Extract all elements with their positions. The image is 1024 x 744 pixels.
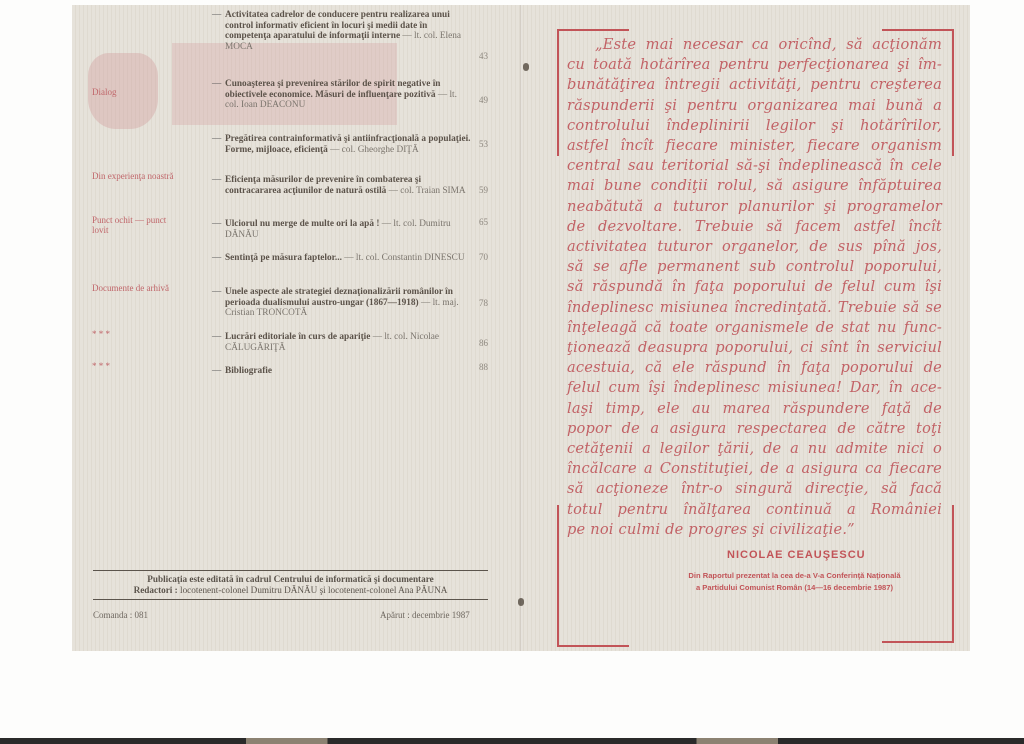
- section-label: Dialog: [92, 87, 182, 97]
- entry-dash: —: [212, 287, 221, 298]
- entry-text: Bibliografie: [225, 366, 472, 377]
- quote-line: controlului îndeplinirii legilor şi hotă…: [567, 116, 942, 136]
- entry-page-number: 65: [474, 217, 488, 227]
- entry-title: Lucrări editoriale în curs de apariţie: [225, 332, 370, 342]
- entry-page-number: 88: [474, 362, 488, 372]
- order-number: Comanda : 081: [93, 610, 148, 620]
- toc-entry: —Pregătirea contrainformativă şi antiinf…: [212, 134, 472, 155]
- quote-line: felul cum îşi îndeplinesc misiunea! Dar,…: [567, 378, 942, 398]
- quote-line: cetăţenii a legilor ţării, de a nu admit…: [567, 439, 942, 459]
- entry-dash: —: [212, 219, 221, 230]
- quote-line: să răspundă în faţa poporului de felul c…: [567, 277, 942, 297]
- quote-line: răspunderii şi pentru organizarea mai bu…: [567, 96, 942, 116]
- scanner-edge-strip: [0, 738, 1024, 744]
- toc-entry: —Bibliografie: [212, 366, 472, 377]
- quote-line: central sau teritorial să-şi îndeplineas…: [567, 156, 942, 176]
- entry-title: Ulciorul nu merge de multe ori la apă !: [225, 219, 379, 229]
- entry-page-number: 78: [474, 298, 488, 308]
- entry-text: Ulciorul nu merge de multe ori la apă ! …: [225, 219, 472, 240]
- entry-page-number: 49: [474, 95, 488, 105]
- entry-author: — lt. col. Constantin DINESCU: [344, 253, 464, 263]
- entry-page-number: 86: [474, 338, 488, 348]
- quote-line: înţeleagă că toate organismele de stat n…: [567, 318, 942, 338]
- magazine-spread: DialogDin experienţa noastrăPunct ochit …: [72, 5, 970, 651]
- entry-dash: —: [212, 134, 221, 145]
- quote-line: „Este mai necesar ca oricînd, să acţionă…: [567, 35, 942, 55]
- quote-line: totul pentru înălţarea continuă a Români…: [567, 500, 942, 520]
- quote-line: mai bune condiţii rolul, să asigure înfă…: [567, 176, 942, 196]
- toc-entry: —Ulciorul nu merge de multe ori la apă !…: [212, 219, 472, 240]
- entry-title: Unele aspecte ale strategiei deznaţional…: [225, 287, 453, 308]
- entry-text: Activitatea cadrelor de conducere pentru…: [225, 10, 472, 52]
- entry-title: Cunoaşterea şi prevenirea stărilor de sp…: [225, 79, 440, 100]
- entry-author: — col. Gheorghe DIŢĂ: [330, 145, 419, 155]
- editors-names: locotenent-colonel Dumitru DĂNĂU şi loco…: [180, 585, 447, 595]
- colophon-publisher: Publicaţia este editată în cadrul Centru…: [93, 574, 488, 585]
- entry-dash: —: [212, 366, 221, 377]
- toc-entry: —Eficienţa măsurilor de prevenire în com…: [212, 175, 472, 196]
- editors-label: Redactori :: [134, 585, 178, 595]
- source-line-2: a Partidului Comunist Român (14—16 decem…: [662, 582, 927, 594]
- quote-source: Din Raportul prezentat la cea de-a V-a C…: [662, 570, 927, 594]
- entry-dash: —: [212, 175, 221, 186]
- right-page-quote: „Este mai necesar ca oricînd, să acţionă…: [522, 5, 970, 651]
- entry-text: Cunoaşterea şi prevenirea stărilor de sp…: [225, 79, 472, 111]
- quote-line: activitatea tuturor organelor, de sus pî…: [567, 237, 942, 257]
- toc-entry: —Unele aspecte ale strategiei deznaţiona…: [212, 287, 472, 319]
- entry-dash: —: [212, 332, 221, 343]
- entry-title: Sentinţă pe măsura faptelor...: [225, 253, 342, 263]
- colophon-editors: Redactori : locotenent-colonel Dumitru D…: [93, 585, 488, 596]
- source-line-1: Din Raportul prezentat la cea de-a V-a C…: [662, 570, 927, 582]
- quote-line: îndeplinesc misiunea încredinţată. Trebu…: [567, 298, 942, 318]
- section-label: * * *: [92, 329, 182, 339]
- colophon: Publicaţia este editată în cadrul Centru…: [93, 570, 488, 600]
- quote-line: de dezvoltare. Trebuie să facem astfel î…: [567, 217, 942, 237]
- entry-text: Pregătirea contrainformativă şi antiinfr…: [225, 134, 472, 155]
- entry-text: Eficienţa măsurilor de prevenire în comb…: [225, 175, 472, 196]
- toc-entry: —Lucrări editoriale în curs de apariţie …: [212, 332, 472, 353]
- entry-dash: —: [212, 253, 221, 264]
- entry-page-number: 59: [474, 185, 488, 195]
- section-label: Documente de arhivă: [92, 283, 182, 293]
- quote-text: „Este mai necesar ca oricînd, să acţionă…: [567, 35, 942, 540]
- entry-dash: —: [212, 79, 221, 90]
- section-label: Punct ochit — punct lovit: [92, 215, 182, 235]
- quote-signature: NICOLAE CEAUŞESCU: [727, 549, 866, 561]
- quote-line: popor de a asigura respectarea de către …: [567, 419, 942, 439]
- toc-entry: —Cunoaşterea şi prevenirea stărilor de s…: [212, 79, 472, 111]
- entry-text: Lucrări editoriale în curs de apariţie —…: [225, 332, 472, 353]
- quote-line: acestuia, că ele răspund în faţa poporul…: [567, 358, 942, 378]
- quote-line: să se afle permanent sub controlul popor…: [567, 257, 942, 277]
- entry-page-number: 53: [474, 139, 488, 149]
- quote-line: bunătăţirea întregii activităţi, pentru …: [567, 75, 942, 95]
- quote-line: ţionează deasupra poporului, ci sînt în …: [567, 338, 942, 358]
- quote-line: laşi timp, ele au marea răspundere faţă …: [567, 399, 942, 419]
- entry-text: Sentinţă pe măsura faptelor... — lt. col…: [225, 253, 472, 264]
- entry-title: Bibliografie: [225, 366, 272, 376]
- entry-page-number: 70: [474, 252, 488, 262]
- quote-line: să acţioneze într-o singură direcţie, să…: [567, 479, 942, 499]
- entry-text: Unele aspecte ale strategiei deznaţional…: [225, 287, 472, 319]
- entry-dash: —: [212, 10, 221, 21]
- quote-line: pe noi culmi de progres şi civilizaţie.”: [567, 520, 942, 540]
- entry-page-number: 43: [474, 51, 488, 61]
- publication-date: Apărut : decembrie 1987: [380, 610, 470, 620]
- left-page-contents: DialogDin experienţa noastrăPunct ochit …: [72, 5, 520, 651]
- toc-entry: —Activitatea cadrelor de conducere pentr…: [212, 10, 472, 52]
- quote-line: neabătută a tuturor planurilor şi progra…: [567, 197, 942, 217]
- quote-line: cu toată hotărîrea pentru perfecţionarea…: [567, 55, 942, 75]
- entry-author: — col. Traian SIMA: [389, 186, 466, 196]
- quote-line: astfel încît fiecare minister, fiecare o…: [567, 136, 942, 156]
- quote-line: încălcare a Constituţiei, de a asigura c…: [567, 459, 942, 479]
- toc-entry: —Sentinţă pe măsura faptelor... — lt. co…: [212, 253, 472, 264]
- section-label: * * *: [92, 361, 182, 371]
- section-label: Din experienţa noastră: [92, 171, 182, 181]
